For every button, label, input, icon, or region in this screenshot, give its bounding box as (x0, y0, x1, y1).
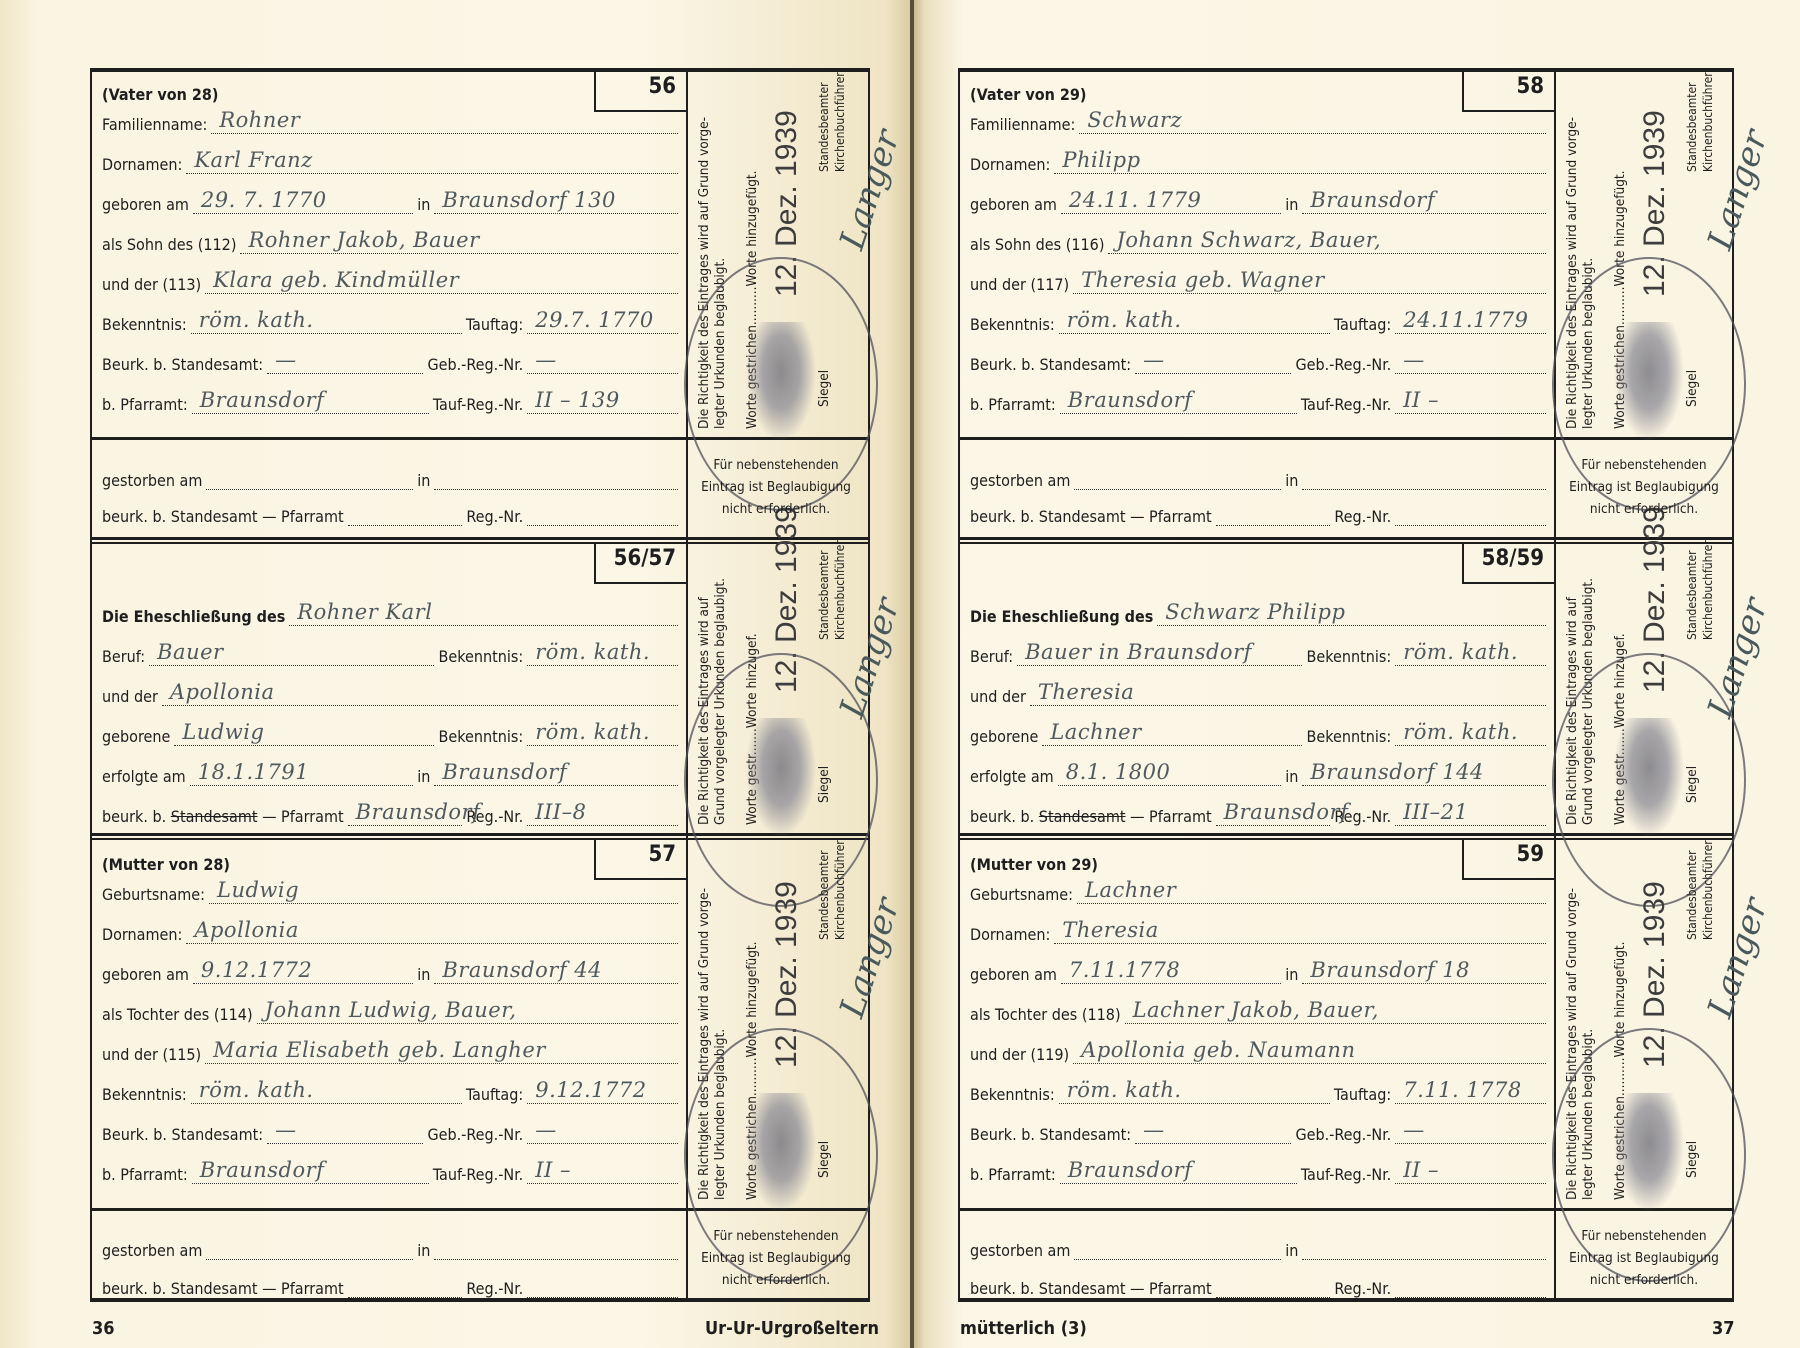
handwritten-value-2: Braunsdorf (1310, 188, 1435, 212)
field-label: gestorben am (970, 471, 1070, 490)
handwritten-value: röm. kath. (199, 308, 314, 332)
footer-title-left: Ur-Ur-Urgroßeltern (705, 1318, 879, 1339)
handwritten-value: 18.1.1791 (198, 760, 309, 784)
field-label: Beurk. b. Standesamt: (970, 1125, 1131, 1144)
form-row: b. Pfarramt:BraunsdorfTauf-Reg.-Nr.II – (102, 1158, 682, 1184)
field-label: Beurk. b. Standesamt: (102, 355, 263, 374)
field-value-line[interactable]: Braunsdorf (348, 807, 463, 826)
field-value-line-2[interactable] (434, 471, 678, 490)
field-label-2: Bekenntnis: (438, 647, 523, 666)
eagle-emblem-icon (743, 322, 819, 447)
field-label: beurk. b. Standesamt — Pfarramt (970, 1279, 1212, 1298)
official-title: Standesbeamter (816, 550, 832, 640)
eagle-emblem-icon (1611, 322, 1687, 447)
field-value-line-2[interactable]: III–21 (1395, 807, 1546, 826)
field-label: gestorben am (970, 1241, 1070, 1260)
form-row: Familienname:Rohner (102, 108, 682, 134)
form-row: Geburtsname:Lachner (970, 878, 1550, 904)
form-row: gestorben amin (102, 1234, 682, 1260)
form-row: Bekenntnis:röm. kath.Tauftag:7.11. 1778 (970, 1078, 1550, 1104)
handwritten-value-2: Braunsdorf 44 (442, 958, 602, 982)
official-title: Standesbeamter (1684, 550, 1700, 640)
field-value-line[interactable]: Karl Franz (186, 155, 678, 174)
field-value-line[interactable] (348, 1279, 463, 1298)
form-row: gestorben amin (102, 464, 682, 490)
field-value-line-2[interactable] (1302, 1241, 1546, 1260)
field-value-line[interactable]: 7.11.1778 (1061, 965, 1281, 984)
left-form-box: (Vater von 28)56Familienname:RohnerDorna… (90, 68, 870, 1302)
field-value-line-2[interactable]: — (1395, 1125, 1546, 1144)
field-value-line[interactable] (206, 471, 413, 490)
field-value-line-2[interactable]: II – (1395, 1165, 1546, 1184)
form-row: Dornamen:Karl Franz (102, 148, 682, 174)
certification-not-required: Für nebenstehendenEintrag ist Beglaubigu… (1556, 454, 1732, 520)
field-value-line[interactable]: Theresia (1054, 925, 1546, 944)
handwritten-value: Rohner (219, 108, 300, 132)
form-row: Dornamen:Apollonia (102, 918, 682, 944)
official-title: Standesbeamter (1684, 82, 1700, 172)
form-row: Beruf:BauerBekenntnis:röm. kath. (102, 640, 682, 666)
field-value-line[interactable]: Braunsdorf (1216, 807, 1331, 826)
field-label-2: in (417, 767, 430, 786)
handwritten-value: Schwarz (1087, 108, 1182, 132)
field-value-line-2[interactable] (434, 1241, 678, 1260)
form-row: Dornamen:Philipp (970, 148, 1550, 174)
field-value-line[interactable]: Schwarz (1079, 115, 1546, 134)
handwritten-value: Theresia (1062, 918, 1158, 942)
form-row: geboren am29. 7. 1770inBraunsdorf 130 (102, 188, 682, 214)
field-value-line-2[interactable]: röm. kath. (527, 647, 678, 666)
field-label: Beurk. b. Standesamt: (970, 355, 1131, 374)
handwritten-value-2: — (1403, 1118, 1425, 1142)
field-label: als Tochter des (114) (102, 1005, 253, 1024)
field-label: und der (113) (102, 275, 201, 294)
field-label: Bekenntnis: (102, 1085, 187, 1104)
official-title-2: Kirchenbuchführer (1700, 840, 1716, 940)
handwritten-value: — (1143, 1118, 1165, 1142)
field-label: als Sohn des (116) (970, 235, 1104, 254)
field-label-2: Geb.-Reg.-Nr. (1295, 1125, 1391, 1144)
form-row: geboreneLachnerBekenntnis:röm. kath. (970, 720, 1550, 746)
struck-label: Standesamt (1039, 807, 1126, 826)
form-row: Bekenntnis:röm. kath.Tauftag:24.11.1779 (970, 308, 1550, 334)
section-heading: (Vater von 29) (970, 78, 1086, 104)
handwritten-value-2: 24.11.1779 (1403, 308, 1528, 332)
field-value-line[interactable]: — (267, 1125, 423, 1144)
entry-number: 58/59 (1462, 542, 1554, 584)
form-row: und der (113)Klara geb. Kindmüller (102, 268, 682, 294)
field-label: Familienname: (970, 115, 1075, 134)
field-value-line[interactable] (206, 1241, 413, 1260)
field-value-line[interactable] (1074, 1241, 1281, 1260)
form-row: Beruf:Bauer in BraunsdorfBekenntnis:röm.… (970, 640, 1550, 666)
field-value-line[interactable]: Rohner Karl (289, 607, 678, 626)
handwritten-value: Lachner (1085, 878, 1176, 902)
field-label: Die Eheschließung des (970, 607, 1153, 626)
field-value-line-2[interactable]: II – 139 (527, 395, 678, 414)
field-value-line[interactable]: Ludwig (174, 727, 434, 746)
field-value-line-2[interactable]: — (527, 355, 678, 374)
form-row: Die Eheschließung desSchwarz Philipp (970, 600, 1550, 626)
field-value-line-2[interactable]: 29.7. 1770 (527, 315, 678, 334)
field-value-line-2[interactable]: röm. kath. (527, 727, 678, 746)
form-row: Die Eheschließung desRohner Karl (102, 600, 682, 626)
handwritten-value: röm. kath. (1067, 308, 1182, 332)
field-value-line[interactable]: Lachner (1077, 885, 1546, 904)
field-value-line-2[interactable] (527, 1279, 678, 1298)
field-label-2: Tauftag: (466, 1085, 523, 1104)
field-label-2: Bekenntnis: (438, 727, 523, 746)
field-value-line-2[interactable]: II – (1395, 395, 1546, 414)
field-label-2: Reg.-Nr. (1334, 1279, 1391, 1298)
field-value-line-2[interactable]: Braunsdorf (434, 767, 678, 786)
note-line: Für nebenstehenden (688, 1225, 864, 1247)
field-label-2: in (417, 471, 430, 490)
field-label: als Tochter des (118) (970, 1005, 1121, 1024)
certification-not-required: Für nebenstehendenEintrag ist Beglaubigu… (1556, 1225, 1732, 1291)
handwritten-value-2: röm. kath. (1403, 640, 1518, 664)
form-row: Beurk. b. Standesamt:—Geb.-Reg.-Nr.— (970, 1118, 1550, 1144)
form-row: b. Pfarramt:BraunsdorfTauf-Reg.-Nr.II – … (102, 388, 682, 414)
field-label: Dornamen: (102, 155, 182, 174)
field-value-line[interactable]: Philipp (1054, 155, 1546, 174)
handwritten-value: Lachner (1050, 720, 1141, 744)
official-title: Standesbeamter (816, 82, 832, 172)
handwritten-value-2: 29.7. 1770 (535, 308, 654, 332)
field-value-line[interactable]: Braunsdorf (1060, 1165, 1297, 1184)
field-value-line-2[interactable] (1302, 471, 1546, 490)
field-value-line[interactable] (348, 507, 463, 526)
handwritten-value: Braunsdorf (200, 388, 325, 412)
field-label: beurk. b. Standesamt — Pfarramt (102, 1279, 344, 1298)
form-row: geboren am9.12.1772inBraunsdorf 44 (102, 958, 682, 984)
handwritten-value: — (275, 1118, 297, 1142)
form-row: beurk. b. Standesamt — PfarramtReg.-Nr. (970, 500, 1550, 526)
handwritten-value: Rohner Karl (297, 600, 432, 624)
column-divider (686, 72, 688, 1298)
handwritten-value: 29. 7. 1770 (201, 188, 327, 212)
form-row: Beurk. b. Standesamt:—Geb.-Reg.-Nr.— (102, 348, 682, 374)
field-value-line-2[interactable]: röm. kath. (1395, 727, 1546, 746)
field-value-line[interactable] (1216, 507, 1331, 526)
field-label: geborene (970, 727, 1038, 746)
field-value-line[interactable]: Theresia (1030, 687, 1546, 706)
field-value-line[interactable]: — (267, 355, 423, 374)
note-line: Eintrag ist Beglaubigung (1556, 1247, 1732, 1269)
form-row: erfolgte am18.1.1791inBraunsdorf (102, 760, 682, 786)
form-row: geboreneLudwigBekenntnis:röm. kath. (102, 720, 682, 746)
handwritten-value: Apollonia geb. Naumann (1081, 1038, 1355, 1062)
handwritten-value: 8.1. 1800 (1066, 760, 1171, 784)
form-row: gestorben amin (970, 1234, 1550, 1260)
note-line: Eintrag ist Beglaubigung (1556, 476, 1732, 498)
field-value-line[interactable]: Braunsdorf (192, 1165, 429, 1184)
field-value-line-2[interactable]: Braunsdorf 44 (434, 965, 678, 984)
handwritten-value-2: — (535, 348, 557, 372)
field-label: beurk. b. Standesamt — Pfarramt (970, 807, 1212, 826)
official-title-2: Kirchenbuchführer (832, 72, 848, 172)
handwritten-value: Rohner Jakob, Bauer (248, 228, 479, 252)
field-value-line-2[interactable]: III–8 (527, 807, 678, 826)
field-value-line-2[interactable]: 7.11. 1778 (1395, 1085, 1546, 1104)
handwritten-value: Apollonia (194, 918, 299, 942)
official-title-2: Kirchenbuchführer (1700, 540, 1716, 640)
handwritten-value-2: Braunsdorf (442, 760, 567, 784)
form-row: b. Pfarramt:BraunsdorfTauf-Reg.-Nr.II – (970, 1158, 1550, 1184)
handwritten-value: Braunsdorf (200, 1158, 325, 1182)
field-label-2: Tauftag: (466, 315, 523, 334)
handwritten-value: Johann Ludwig, Bauer, (265, 998, 517, 1022)
field-label-2: Geb.-Reg.-Nr. (427, 355, 523, 374)
handwritten-value-2: röm. kath. (1403, 720, 1518, 744)
handwritten-value: Karl Franz (194, 148, 312, 172)
right-form-box: (Vater von 29)58Familienname:SchwarzDorn… (958, 68, 1734, 1302)
field-label: gestorben am (102, 1241, 202, 1260)
form-row: beurk. b. Standesamt — PfarramtReg.-Nr. (970, 1272, 1550, 1298)
field-value-line[interactable]: röm. kath. (191, 1085, 462, 1104)
footer-title-right: mütterlich (3) (960, 1318, 1087, 1339)
field-value-line[interactable]: Apollonia (162, 687, 678, 706)
field-value-line[interactable]: — (1135, 355, 1291, 374)
field-value-line[interactable]: Bauer in Braunsdorf (1017, 647, 1302, 666)
field-value-line[interactable]: Apollonia geb. Naumann (1073, 1045, 1546, 1064)
handwritten-value-2: II – 139 (535, 388, 620, 412)
handwritten-value: Braunsdorf (1068, 1158, 1193, 1182)
field-value-line[interactable]: Apollonia (186, 925, 678, 944)
handwritten-value-2: röm. kath. (535, 640, 650, 664)
field-label: beurk. b. Standesamt — Pfarramt (970, 507, 1212, 526)
field-value-line[interactable]: Lachner (1042, 727, 1302, 746)
field-label-2: Bekenntnis: (1306, 647, 1391, 666)
field-label-2: in (417, 1241, 430, 1260)
field-label-2: Tauftag: (1334, 1085, 1391, 1104)
field-value-line-2[interactable]: 9.12.1772 (527, 1085, 678, 1104)
form-row: Familienname:Schwarz (970, 108, 1550, 134)
handwritten-value: 9.12.1772 (201, 958, 312, 982)
form-row: Bekenntnis:röm. kath.Tauftag:29.7. 1770 (102, 308, 682, 334)
handwritten-value: Schwarz Philipp (1165, 600, 1345, 624)
field-value-line[interactable]: Johann Ludwig, Bauer, (257, 1005, 678, 1024)
note-line: nicht erforderlich. (688, 1269, 864, 1291)
entry-number: 57 (594, 838, 686, 880)
field-label: Beruf: (970, 647, 1013, 666)
field-value-line[interactable]: 24.11. 1779 (1061, 195, 1281, 214)
field-value-line[interactable]: Schwarz Philipp (1157, 607, 1546, 626)
field-value-line[interactable] (1216, 1279, 1331, 1298)
handwritten-value: röm. kath. (199, 1078, 314, 1102)
form-row: beurk. b. Standesamt — PfarramtBraunsdor… (102, 800, 682, 826)
field-label: Die Eheschließung des (102, 607, 285, 626)
field-label: Bekenntnis: (970, 315, 1055, 334)
handwritten-value: Theresia geb. Wagner (1081, 268, 1325, 292)
field-value-line-2[interactable]: — (527, 1125, 678, 1144)
field-label: beurk. b. Standesamt — Pfarramt (102, 807, 344, 826)
official-title-2: Kirchenbuchführer (832, 840, 848, 940)
field-value-line[interactable]: Rohner (211, 115, 678, 134)
note-line: Eintrag ist Beglaubigung (688, 1247, 864, 1269)
field-value-line[interactable]: 9.12.1772 (193, 965, 413, 984)
form-row: geboren am7.11.1778inBraunsdorf 18 (970, 958, 1550, 984)
field-label: und der (115) (102, 1045, 201, 1064)
form-row: b. Pfarramt:BraunsdorfTauf-Reg.-Nr.II – (970, 388, 1550, 414)
form-row: als Tochter des (118)Lachner Jakob, Baue… (970, 998, 1550, 1024)
field-label: beurk. b. Standesamt — Pfarramt (102, 507, 344, 526)
note-line: Eintrag ist Beglaubigung (688, 476, 864, 498)
field-label-2: in (1285, 767, 1298, 786)
field-value-line-2[interactable] (527, 507, 678, 526)
field-label-2: in (417, 965, 430, 984)
handwritten-value: Klara geb. Kindmüller (213, 268, 459, 292)
section-heading: (Mutter von 29) (970, 848, 1098, 874)
field-value-line[interactable]: Maria Elisabeth geb. Langher (205, 1045, 678, 1064)
handwritten-value-2: III–8 (535, 800, 586, 824)
field-value-line[interactable]: Rohner Jakob, Bauer (240, 235, 678, 254)
field-label: Bekenntnis: (970, 1085, 1055, 1104)
form-row: beurk. b. Standesamt — PfarramtReg.-Nr. (102, 500, 682, 526)
column-divider (1554, 72, 1556, 1298)
field-label: geboren am (102, 965, 189, 984)
field-label: geboren am (970, 965, 1057, 984)
field-label: geboren am (102, 195, 189, 214)
handwritten-value-2: III–21 (1403, 800, 1468, 824)
section-divider (92, 537, 868, 544)
field-label: gestorben am (102, 471, 202, 490)
page-number-right: 37 (1712, 1318, 1735, 1339)
field-value-line-2[interactable]: Braunsdorf (1302, 195, 1546, 214)
field-label-2: Reg.-Nr. (1334, 507, 1391, 526)
form-row: Geburtsname:Ludwig (102, 878, 682, 904)
field-label: b. Pfarramt: (102, 1165, 188, 1184)
handwritten-value: Theresia (1038, 680, 1134, 704)
field-value-line-2[interactable] (1395, 1279, 1546, 1298)
field-value-line[interactable]: Klara geb. Kindmüller (205, 275, 678, 294)
note-line: Für nebenstehenden (688, 454, 864, 476)
handwritten-value-2: — (535, 1118, 557, 1142)
book-gutter (910, 0, 914, 1348)
field-label-2: Tauf-Reg.-Nr. (433, 395, 523, 414)
field-label-2: Geb.-Reg.-Nr. (427, 1125, 523, 1144)
field-value-line-2[interactable]: Braunsdorf 130 (434, 195, 678, 214)
field-label-2: Tauf-Reg.-Nr. (1301, 395, 1391, 414)
handwritten-value: 24.11. 1779 (1069, 188, 1201, 212)
field-value-line-2[interactable]: röm. kath. (1395, 647, 1546, 666)
field-label: Familienname: (102, 115, 207, 134)
eagle-emblem-icon (1611, 718, 1687, 843)
official-title: Standesbeamter (1684, 850, 1700, 940)
field-value-line[interactable]: röm. kath. (1059, 1085, 1330, 1104)
field-value-line[interactable]: Bauer (149, 647, 434, 666)
handwritten-value-2: — (1403, 348, 1425, 372)
handwritten-value: Bauer in Braunsdorf (1025, 640, 1252, 664)
field-label-2: in (1285, 1241, 1298, 1260)
field-label-2: in (1285, 965, 1298, 984)
field-label-2: in (1285, 471, 1298, 490)
field-value-line-2[interactable]: — (1395, 355, 1546, 374)
field-value-line[interactable] (1074, 471, 1281, 490)
field-label: und der (119) (970, 1045, 1069, 1064)
field-label: und der (102, 687, 158, 706)
form-row: als Sohn des (112)Rohner Jakob, Bauer (102, 228, 682, 254)
field-label: b. Pfarramt: (970, 1165, 1056, 1184)
field-value-line-2[interactable] (1395, 507, 1546, 526)
field-value-line[interactable]: 8.1. 1800 (1058, 767, 1282, 786)
field-label-2: in (417, 195, 430, 214)
handwritten-value-2: Braunsdorf 18 (1310, 958, 1470, 982)
field-label: Dornamen: (102, 925, 182, 944)
field-label: b. Pfarramt: (970, 395, 1056, 414)
handwritten-value: Johann Schwarz, Bauer, (1116, 228, 1381, 252)
note-line: nicht erforderlich. (688, 498, 864, 520)
field-label: Beruf: (102, 647, 145, 666)
handwritten-value: röm. kath. (1067, 1078, 1182, 1102)
field-value-line[interactable]: röm. kath. (1059, 315, 1330, 334)
handwritten-value: Ludwig (217, 878, 299, 902)
field-value-line[interactable]: Ludwig (209, 885, 678, 904)
form-row: Beurk. b. Standesamt:—Geb.-Reg.-Nr.— (970, 348, 1550, 374)
form-row: als Sohn des (116)Johann Schwarz, Bauer, (970, 228, 1550, 254)
field-label-2: Tauf-Reg.-Nr. (1301, 1165, 1391, 1184)
handwritten-value: — (275, 348, 297, 372)
note-line: Für nebenstehenden (1556, 1225, 1732, 1247)
form-row: geboren am24.11. 1779inBraunsdorf (970, 188, 1550, 214)
field-label: und der (970, 687, 1026, 706)
handwritten-value-2: II – (1403, 388, 1439, 412)
field-value-line[interactable]: röm. kath. (191, 315, 462, 334)
field-value-line[interactable]: Johann Schwarz, Bauer, (1108, 235, 1546, 254)
official-title: Standesbeamter (816, 850, 832, 940)
field-value-line-2[interactable]: 24.11.1779 (1395, 315, 1546, 334)
field-value-line[interactable]: 29. 7. 1770 (193, 195, 413, 214)
field-label: Bekenntnis: (102, 315, 187, 334)
entry-number: 58 (1462, 70, 1554, 112)
form-row: und derTheresia (970, 680, 1550, 706)
certification-not-required: Für nebenstehendenEintrag ist Beglaubigu… (688, 454, 864, 520)
field-label: als Sohn des (112) (102, 235, 236, 254)
handwritten-value-2: Braunsdorf 144 (1310, 760, 1483, 784)
field-value-line[interactable]: Braunsdorf (192, 395, 429, 414)
field-label: geboren am (970, 195, 1057, 214)
field-value-line[interactable]: — (1135, 1125, 1291, 1144)
field-label: Geburtsname: (102, 885, 205, 904)
official-title-2: Kirchenbuchführer (832, 540, 848, 640)
field-value-line-2[interactable]: II – (527, 1165, 678, 1184)
form-row: und der (117)Theresia geb. Wagner (970, 268, 1550, 294)
field-value-line[interactable]: Theresia geb. Wagner (1073, 275, 1546, 294)
field-value-line-2[interactable]: Braunsdorf 144 (1302, 767, 1546, 786)
field-value-line-2[interactable]: Braunsdorf 18 (1302, 965, 1546, 984)
field-value-line[interactable]: Lachner Jakob, Bauer, (1125, 1005, 1546, 1024)
note-line: nicht erforderlich. (1556, 1269, 1732, 1291)
eagle-emblem-icon (743, 1093, 819, 1218)
handwritten-value: Apollonia (170, 680, 275, 704)
handwritten-value-2: 9.12.1772 (535, 1078, 646, 1102)
field-label-2: in (1285, 195, 1298, 214)
field-label-2: Reg.-Nr. (466, 507, 523, 526)
handwritten-value-2: Braunsdorf 130 (442, 188, 615, 212)
form-row: als Tochter des (114)Johann Ludwig, Baue… (102, 998, 682, 1024)
form-row: und der (115)Maria Elisabeth geb. Langhe… (102, 1038, 682, 1064)
field-value-line[interactable]: Braunsdorf (1060, 395, 1297, 414)
form-row: und derApollonia (102, 680, 682, 706)
field-label-2: Tauftag: (1334, 315, 1391, 334)
handwritten-value: — (1143, 348, 1165, 372)
handwritten-value: Lachner Jakob, Bauer, (1133, 998, 1379, 1022)
field-value-line[interactable]: 18.1.1791 (190, 767, 414, 786)
form-row: erfolgte am8.1. 1800inBraunsdorf 144 (970, 760, 1550, 786)
note-line: Für nebenstehenden (1556, 454, 1732, 476)
entry-number: 59 (1462, 838, 1554, 880)
field-label: Geburtsname: (970, 885, 1073, 904)
